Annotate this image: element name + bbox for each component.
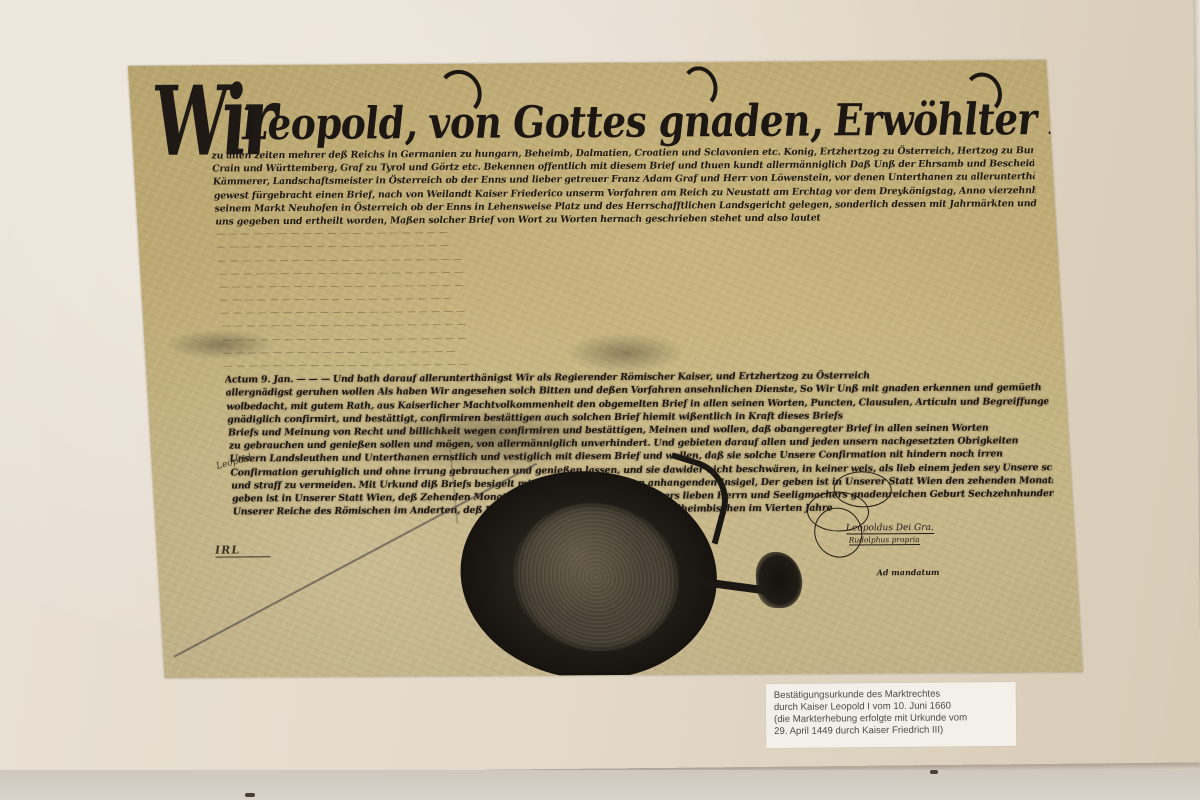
charter-body-text: zu allen zeiten mehrer deß Reichs in Ger… — [211, 144, 1055, 519]
marginal-note: IRL — [215, 543, 271, 557]
signature-line: Leopoldus Dei Gra. — [846, 523, 934, 535]
signature-line: Rudolphus propria — [848, 535, 920, 545]
signature: Leopoldus Dei Gra. Rudolphus propria Ad … — [793, 471, 1000, 592]
historical-charter: Wir Leopold, von Gottes gnaden, Erwöhlte… — [128, 60, 1083, 678]
caption-label: Bestätigungsurkunde des Marktrechtes dur… — [766, 682, 1017, 748]
countersignature: Ad mandatum — [876, 567, 939, 577]
pin-icon — [245, 793, 255, 797]
seal-tassel — [754, 552, 803, 608]
caption-line: 29. April 1449 durch Kaiser Friedrich II… — [774, 724, 1008, 738]
wall-below-board — [0, 770, 1200, 800]
title-text: Leopold, von Gottes gnaden, Erwöhlter Rö… — [240, 96, 1082, 148]
pin-icon — [930, 770, 938, 774]
photo-scene: Wir Leopold, von Gottes gnaden, Erwöhlte… — [0, 0, 1200, 800]
